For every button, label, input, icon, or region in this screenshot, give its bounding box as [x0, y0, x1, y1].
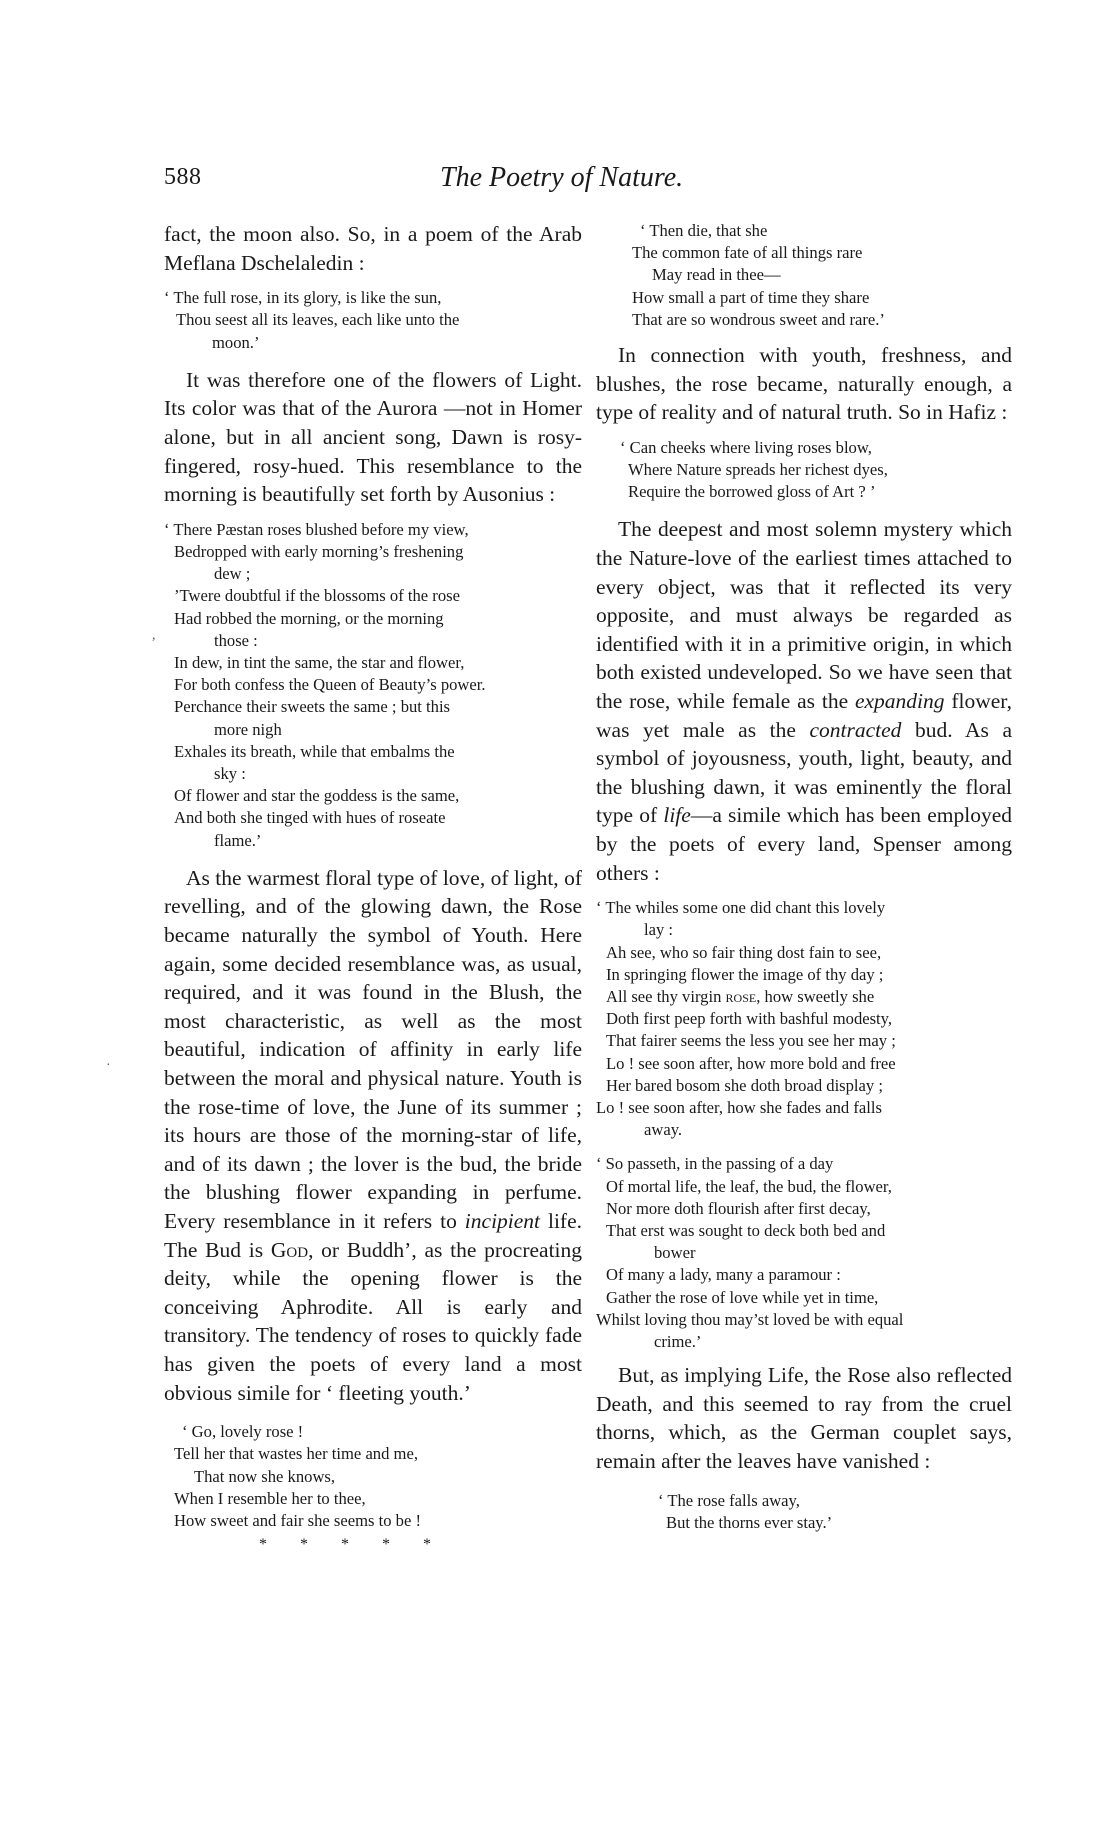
text: The deepest and most solemn mystery whic…	[596, 517, 1012, 713]
verse-line: For both confess the Queen of Beauty’s p…	[164, 674, 582, 696]
verse-quote-spenser-2: ‘ So passeth, in the passing of a day Of…	[596, 1153, 1012, 1353]
verse-quote-meflana: ‘ The full rose, in its glory, is like t…	[164, 287, 582, 354]
verse-line-continuation: away.	[596, 1119, 1012, 1141]
text: All see thy virgin	[606, 987, 726, 1006]
running-title: The Poetry of Nature.	[440, 162, 683, 194]
verse-line-continuation: bower	[596, 1242, 1012, 1264]
italic-text: contracted	[809, 718, 901, 742]
verse-line: ‘ So passeth, in the passing of a day	[596, 1153, 1012, 1175]
paragraph: In connection with youth, freshness, and…	[596, 341, 1012, 427]
verse-quote-german-couplet: ‘ The rose falls away, But the thorns ev…	[596, 1490, 1012, 1534]
verse-line: Lo ! see soon after, how more bold and f…	[596, 1053, 1012, 1075]
verse-line: Perchance their sweets the same ; but th…	[164, 696, 582, 718]
text: —a simile which has been employed by the…	[596, 803, 1012, 884]
small-caps-text: rose	[726, 987, 757, 1006]
stray-margin-mark: ,	[152, 628, 156, 644]
verse-line: Of many a lady, many a paramour :	[596, 1264, 1012, 1286]
section-break-asterisks: * * * * *	[164, 1536, 582, 1554]
verse-line: And both she tinged with hues of roseate	[164, 807, 582, 829]
paragraph: But, as implying Life, the Rose also ref…	[596, 1361, 1012, 1475]
verse-line: ‘ Can cheeks where living roses blow,	[620, 437, 1012, 459]
verse-line-continuation: crime.’	[596, 1331, 1012, 1353]
verse-quote-waller-continued: ‘ Then die, that she The common fate of …	[596, 220, 1012, 331]
book-page: 588 The Poetry of Nature. fact, the moon…	[0, 0, 1120, 1825]
paragraph-youth: As the warmest floral type of love, of l…	[164, 864, 582, 1407]
verse-line: Had robbed the morning, or the morning	[164, 608, 582, 630]
verse-line: Exhales its breath, while that embalms t…	[164, 741, 582, 763]
verse-line-continuation: more nigh	[164, 719, 582, 741]
verse-line: Of mortal life, the leaf, the bud, the f…	[596, 1176, 1012, 1198]
verse-line: Thou seest all its leaves, each like unt…	[164, 309, 582, 331]
verse-line: In dew, in tint the same, the star and f…	[164, 652, 582, 674]
verse-line-continuation: sky :	[164, 763, 582, 785]
verse-quote-waller: ‘ Go, lovely rose ! Tell her that wastes…	[164, 1421, 582, 1532]
verse-line: That now she knows,	[174, 1466, 582, 1488]
verse-line: Tell her that wastes her time and me,	[174, 1443, 582, 1465]
verse-line: But the thorns ever stay.’	[658, 1512, 1012, 1534]
text: , or Buddh’, as the procreating deity, w…	[164, 1238, 582, 1405]
verse-line: Where Nature spreads her richest dyes,	[620, 459, 1012, 481]
verse-line: How sweet and fair she seems to be !	[174, 1510, 582, 1532]
verse-line: Doth first peep forth with bashful modes…	[596, 1008, 1012, 1030]
verse-line: Gather the rose of love while yet in tim…	[596, 1287, 1012, 1309]
verse-line-continuation: lay :	[596, 919, 1012, 941]
paragraph: fact, the moon also. So, in a poem of th…	[164, 220, 582, 277]
verse-line: That are so wondrous sweet and rare.’	[632, 309, 1012, 331]
verse-line: May read in thee—	[632, 264, 1012, 286]
asterisk: *	[341, 1536, 349, 1554]
verse-line: Lo ! see soon after, how she fades and f…	[596, 1097, 1012, 1119]
verse-line: ‘ The full rose, in its glory, is like t…	[164, 287, 582, 309]
verse-line: Nor more doth flourish after first decay…	[596, 1198, 1012, 1220]
verse-line: ‘ There Pæstan roses blushed before my v…	[164, 519, 582, 541]
verse-line: moon.’	[164, 332, 582, 354]
verse-line: ‘ Go, lovely rose !	[174, 1421, 582, 1443]
right-column: ‘ Then die, that she The common fate of …	[596, 220, 1012, 1534]
italic-text: life	[663, 803, 690, 827]
verse-line: How small a part of time they share	[632, 287, 1012, 309]
verse-quote-hafiz: ‘ Can cheeks where living roses blow, Wh…	[596, 437, 1012, 504]
verse-line: Require the borrowed gloss of Art ? ’	[620, 481, 1012, 503]
verse-line: That erst was sought to deck both bed an…	[596, 1220, 1012, 1242]
paragraph-mystery: The deepest and most solemn mystery whic…	[596, 515, 1012, 887]
asterisk: *	[382, 1536, 390, 1554]
asterisk: *	[300, 1536, 308, 1554]
verse-line: Bedropped with early morning’s freshenin…	[164, 541, 582, 563]
verse-line: Whilst loving thou may’st loved be with …	[596, 1309, 1012, 1331]
verse-quote-spenser-1: ‘ The whiles some one did chant this lov…	[596, 897, 1012, 1141]
italic-text: ex­panding	[855, 689, 945, 713]
verse-line: In springing flower the image of thy day…	[596, 964, 1012, 986]
verse-line: ‘ Then die, that she	[632, 220, 1012, 242]
text: , how sweetly she	[756, 987, 874, 1006]
verse-line: ‘ The whiles some one did chant this lov…	[596, 897, 1012, 919]
paragraph: It was therefore one of the flowers of L…	[164, 366, 582, 509]
verse-line: Ah see, who so fair thing dost fain to s…	[596, 942, 1012, 964]
verse-line: All see thy virgin rose, how sweetly she	[596, 986, 1012, 1008]
verse-line: Her bared bosom she doth broad display ;	[596, 1075, 1012, 1097]
verse-line-continuation: those :	[164, 630, 582, 652]
verse-line: When I resemble her to thee,	[174, 1488, 582, 1510]
small-caps-text: God	[271, 1238, 308, 1262]
asterisk: *	[423, 1536, 431, 1554]
verse-line: That fairer seems the less you see her m…	[596, 1030, 1012, 1052]
verse-line: ’Twere doubtful if the blossoms of the r…	[164, 585, 582, 607]
text: As the warmest floral type of love, of l…	[164, 866, 582, 1233]
asterisk: *	[259, 1536, 267, 1554]
verse-line: ‘ The rose falls away,	[658, 1490, 1012, 1512]
verse-quote-ausonius: ‘ There Pæstan roses blushed before my v…	[164, 519, 582, 852]
verse-line-continuation: dew ;	[164, 563, 582, 585]
verse-line: The common fate of all things rare	[632, 242, 1012, 264]
verse-line-continuation: flame.’	[164, 830, 582, 852]
italic-text: incipient	[465, 1209, 540, 1233]
verse-line: Of flower and star the goddess is the sa…	[164, 785, 582, 807]
page-number: 588	[164, 164, 202, 191]
left-column: fact, the moon also. So, in a poem of th…	[164, 220, 582, 1554]
stray-margin-mark: ·	[106, 1058, 111, 1074]
